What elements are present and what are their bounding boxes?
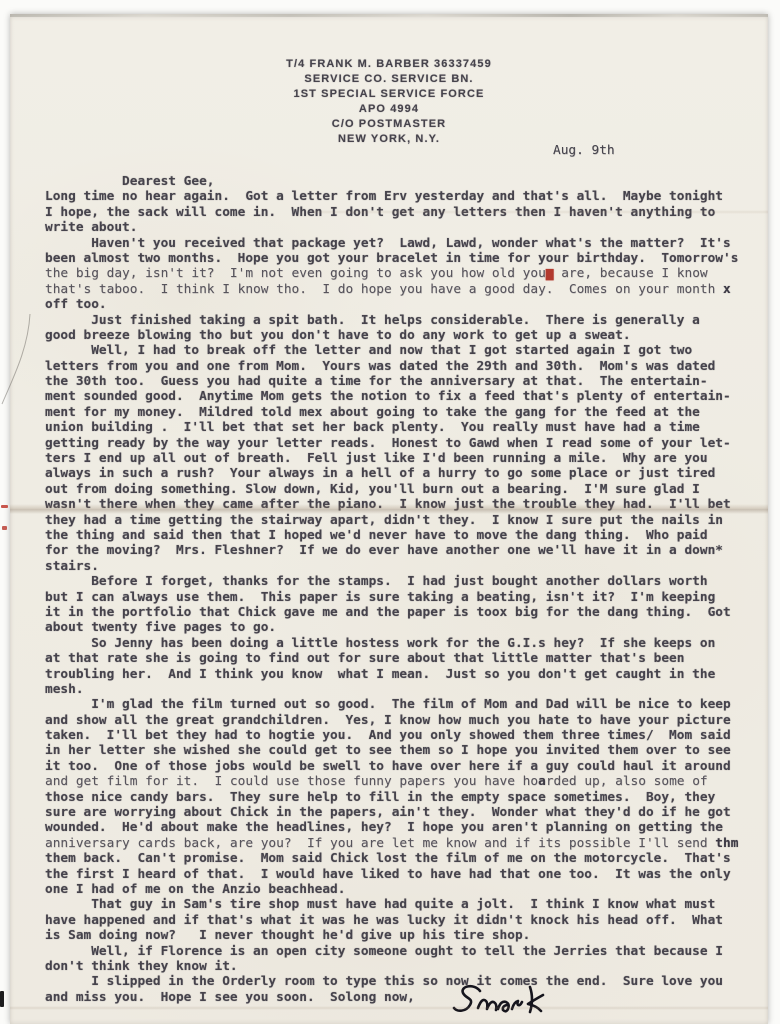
letter-line: off too. [45,297,738,312]
letter-line: at that rate she is going to find out fo… [45,651,738,666]
text-segment: So Jenny has been doing a little hostess… [45,636,715,651]
text-segment: for the moving? Mrs. Fleshner? If we do … [45,543,723,558]
text-segment: I'm glad the film turned out so good. Th… [45,697,731,712]
letter-line: is Sam doing now? I never thought he'd g… [45,928,738,943]
text-segment: it in the portfolio that Chick gave me a… [45,605,731,620]
text-segment: letters from you and one from Mom. Yours… [45,359,715,374]
text-segment: that's taboo. I think I know tho. I do h… [45,282,723,297]
text-segment: it too. One of those jobs would be swell… [45,759,731,774]
letter-line: the first I heard of that. I would have … [45,867,738,882]
red-ink-blot: ▆ [546,266,554,281]
text-segment: them back. Can't promise. Mom said Chick… [45,851,731,866]
letter-line: I hope, the sack will come in. When I do… [45,205,738,220]
text-segment: and show all the great grandchildren. Ye… [45,713,731,728]
letter-line: union building . I'll bet that set her b… [45,420,738,435]
text-segment: troubling her. And I think you know what… [45,667,715,682]
letter-line: write about. [45,220,738,235]
text-segment: the big day, isn't it? I'm not even goin… [45,266,546,281]
letter-paper: T/4 FRANK M. BARBER 36337459SERVICE CO. … [10,14,768,1024]
signature [450,982,562,1020]
letter-line: sure are worrying about Chick in the pap… [45,805,738,820]
letter-line: ment for my money. Mildred told mex abou… [45,405,738,420]
text-segment: Just finished taking a spit bath. It hel… [45,313,700,328]
text-segment: write about. [45,220,137,235]
text-segment: union building . I'll bet that set her b… [45,420,700,435]
letter-line: Haven't you received that package yet? L… [45,236,738,251]
text-segment: I slipped in the Orderly room to type th… [45,974,723,989]
letter-line: wasn't there when they came after the pi… [45,497,738,512]
text-segment: That guy in Sam's tire shop must have ha… [45,897,715,912]
text-segment: ment for my money. Mildred told mex abou… [45,405,700,420]
hairline-artifact [0,312,36,408]
letter-line: out from doing something. Slow down, Kid… [45,482,738,497]
text-segment: APO 4994 [359,103,419,115]
overstrike-text: a [538,774,546,789]
letter-line: anniversary cards back, are you? If you … [45,836,738,851]
dark-edge-mark [0,991,4,1007]
letter-line: letters from you and one from Mom. Yours… [45,359,738,374]
letterhead-line: C/O POSTMASTER [10,117,768,132]
text-segment: in her letter she wished she could get t… [45,743,731,758]
letter-line: one I had of me on the Anzio beachhead. [45,882,738,897]
text-segment: ment sounded good. Anytime Mom gets the … [45,389,731,404]
letter-line: stairs. [45,559,738,574]
overstrike-text: thm [715,836,738,851]
text-segment: they had a time getting the stairway apa… [45,513,723,528]
letter-line: I'm glad the film turned out so good. Th… [45,697,738,712]
letter-line: getting ready by the way your letter rea… [45,436,738,451]
fold-crease-bottom [10,1006,768,1010]
letter-line: I slipped in the Orderly room to type th… [45,974,738,989]
text-segment: are, because I know [554,266,708,281]
text-segment: stairs. [45,559,99,574]
text-segment: off too. [45,297,107,312]
letter-line: good breeze blowing tho but you don't ha… [45,328,738,343]
text-segment: is Sam doing now? I never thought he'd g… [45,928,530,943]
letter-line: it in the portfolio that Chick gave me a… [45,605,738,620]
letter-line: So Jenny has been doing a little hostess… [45,636,738,651]
letterhead-line: NEW YORK, N.Y. [10,132,768,147]
letterhead-line: SERVICE CO. SERVICE BN. [10,72,768,87]
letter-date: Aug. 9th [553,143,615,158]
text-segment: those nice candy bars. They sure help to… [45,790,715,805]
text-segment: but I can always use them. This paper is… [45,590,715,605]
text-segment: anniversary cards back, are you? If you … [45,836,715,851]
letterhead: T/4 FRANK M. BARBER 36337459SERVICE CO. … [10,57,768,147]
text-segment: 1ST SPECIAL SERVICE FORCE [294,88,485,100]
text-segment: the first I heard of that. I would have … [45,867,731,882]
letter-line: wounded. He'd about make the headlines, … [45,820,738,835]
text-segment: rded up, also some of [546,774,708,789]
letter-line: that's taboo. I think I know tho. I do h… [45,282,738,297]
text-segment: and miss you. Hope I see you soon. Solon… [45,990,415,1005]
text-segment: Well, I had to break off the letter and … [45,343,692,358]
text-segment: sure are worrying about Chick in the pap… [45,805,731,820]
letter-line: in her letter she wished she could get t… [45,743,738,758]
letter-line: those nice candy bars. They sure help to… [45,790,738,805]
text-segment: have happened and if that's what it was … [45,913,723,928]
letter-line: always in such a rush? Your always in a … [45,466,738,481]
letter-line: for the moving? Mrs. Fleshner? If we do … [45,543,738,558]
letter-line: mesh. [45,682,738,697]
letter-line: and miss you. Hope I see you soon. Solon… [45,990,738,1005]
letterhead-line: 1ST SPECIAL SERVICE FORCE [10,87,768,102]
letter-line: ters I end up all out of breath. Fell ju… [45,451,738,466]
text-segment: NEW YORK, N.Y. [338,133,440,145]
letter-line: Well, if Florence is an open city someon… [45,944,738,959]
letter-line: have happened and if that's what it was … [45,913,738,928]
text-segment: SERVICE CO. SERVICE BN. [304,73,473,85]
letter-line: but I can always use them. This paper is… [45,590,738,605]
letter-line: taken. I'll bet they had to hogtie you. … [45,728,738,743]
letter-line: Long time no hear again. Got a letter fr… [45,189,738,204]
letter-body: Dearest Gee,Long time no hear again. Got… [45,174,738,1005]
letter-line: they had a time getting the stairway apa… [45,513,738,528]
text-segment: wounded. He'd about make the headlines, … [45,820,723,835]
letter-line: it too. One of those jobs would be swell… [45,759,738,774]
text-segment: Dearest Gee, [45,174,215,189]
text-segment: good breeze blowing tho but you don't ha… [45,328,631,343]
letter-line: been almost two months. Hope you got you… [45,251,738,266]
letter-line: about twenty five pages to go. [45,620,738,635]
text-segment: I hope, the sack will come in. When I do… [45,205,715,220]
text-segment: wasn't there when they came after the pi… [45,497,731,512]
letter-line: the 30th too. Guess you had quite a time… [45,374,738,389]
text-segment: at that rate she is going to find out fo… [45,651,684,666]
letter-line: them back. Can't promise. Mom said Chick… [45,851,738,866]
text-segment: ters I end up all out of breath. Fell ju… [45,451,708,466]
text-segment: don't think they know it. [45,959,238,974]
text-segment: Well, if Florence is an open city someon… [45,944,723,959]
letter-line: the thing and said then that I hoped we'… [45,528,738,543]
red-ink-edge-mark [1,505,8,508]
letter-line: Just finished taking a spit bath. It hel… [45,313,738,328]
red-ink-edge-mark [2,526,7,530]
letter-line: and show all the great grandchildren. Ye… [45,713,738,728]
text-segment: out from doing something. Slow down, Kid… [45,482,700,497]
text-segment: Before I forget, thanks for the stamps. … [45,574,708,589]
letter-line: Well, I had to break off the letter and … [45,343,738,358]
text-segment: about twenty five pages to go. [45,620,276,635]
text-segment: mesh. [45,682,84,697]
overstrike-text: x [723,282,731,297]
text-segment: the 30th too. Guess you had quite a time… [45,374,708,389]
letter-line: the big day, isn't it? I'm not even goin… [45,266,738,281]
text-segment: the thing and said then that I hoped we'… [45,528,708,543]
scanned-letter-page: T/4 FRANK M. BARBER 36337459SERVICE CO. … [0,0,780,1024]
letterhead-line: APO 4994 [10,102,768,117]
letterhead-line: T/4 FRANK M. BARBER 36337459 [10,57,768,72]
text-segment: T/4 FRANK M. BARBER 36337459 [286,58,492,70]
text-segment: taken. I'll bet they had to hogtie you. … [45,728,731,743]
text-segment: always in such a rush? Your always in a … [45,466,715,481]
text-segment: one I had of me on the Anzio beachhead. [45,882,345,897]
text-segment: Haven't you received that package yet? L… [45,236,731,251]
text-segment: been almost two months. Hope you got you… [45,251,738,266]
letter-line: ment sounded good. Anytime Mom gets the … [45,389,738,404]
letter-line: don't think they know it. [45,959,738,974]
text-segment: C/O POSTMASTER [332,118,446,130]
text-segment: and get film for it. I could use those f… [45,774,538,789]
letter-line: Before I forget, thanks for the stamps. … [45,574,738,589]
letter-line: That guy in Sam's tire shop must have ha… [45,897,738,912]
letter-line: and get film for it. I could use those f… [45,774,738,789]
letter-line: troubling her. And I think you know what… [45,667,738,682]
text-segment: getting ready by the way your letter rea… [45,436,731,451]
letter-line: Dearest Gee, [45,174,738,189]
text-segment: Long time no hear again. Got a letter fr… [45,189,723,204]
